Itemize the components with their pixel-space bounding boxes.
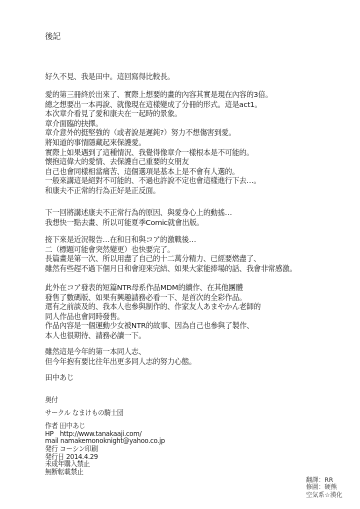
colophon: 奥付 サークル なまけもの騎士団 作者 田中あじ HP http://www.t… — [45, 397, 165, 476]
page-title: 後記 — [45, 32, 61, 42]
paragraph-other-works: 此外在コア發表的短篇NTR母系作品MDM的續作、在其他團體 發售了數碼版、如果有… — [45, 283, 261, 341]
author-signature: 田中あじ — [45, 373, 74, 383]
afterword-page: 後記 好久不見、我是田中。這回寫得比較長。 愛的第三冊終於出來了、實際上想要的畫… — [0, 0, 360, 509]
paragraph-closing: 雖然這是今年的第一本同人志、 但今年抱有要比往年出更多同人志的努力心態。 — [45, 347, 196, 366]
paragraph-story: 愛的第三冊終於出來了、實際上想要的畫的內容其實是現在內容的3倍。 總之想要出一本… — [45, 90, 272, 196]
paragraph-status: 接下來是近況報告…在和日和與コア的激戰後… 二（標題可能會突然變更）也快要完了。… — [45, 235, 297, 273]
translation-credits: 翻譯：RR 修圖：硬熊 空気系☆漢化 — [306, 477, 342, 499]
colophon-heading: 奥付 — [45, 397, 165, 405]
colophon-circle: サークル なまけもの騎士団 — [45, 410, 165, 418]
paragraph-greeting: 好久不見、我是田中。這回寫得比較長。 — [45, 72, 174, 82]
paragraph-next: 下一回將講述康夫不正常行為的原因、與愛身心上的動搖… 我想快一點去畫、所以可能夏… — [45, 208, 232, 227]
